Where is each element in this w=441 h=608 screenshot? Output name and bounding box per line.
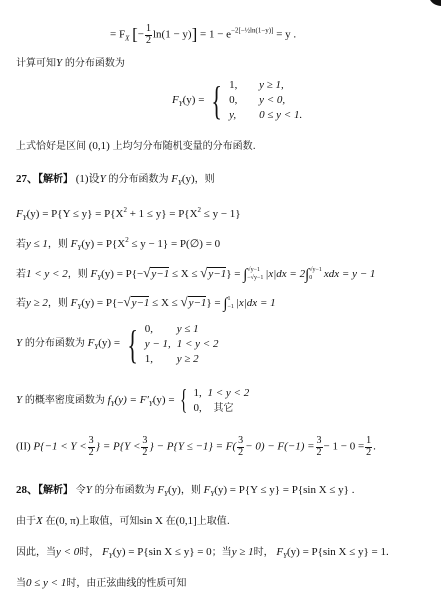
cases: 1,y ≥ 1, 0,y < 0, y,0 ≤ y < 1. — [229, 78, 302, 123]
corner-shadow — [429, 0, 441, 6]
fraction: 12 — [145, 24, 152, 46]
q28-line-2: 由于X 在(0, π)上取值，可知sin X 在(0,1]上取值. — [16, 516, 230, 527]
page: = FX [−12ln(1 − y)] = 1 − e−2[−½ln(1−y)]… — [0, 0, 441, 608]
q27-header: 27、【解析】 (1)设Y 的分布函数为 FY(y)，则 — [16, 174, 215, 187]
q27-main-equation: FY(y) = P{Y ≤ y} = P{X2 + 1 ≤ y} = P{X2 … — [16, 207, 241, 222]
q27-pdf-piecewise: Y 的概率密度函数为 fY(y) = F′Y(y) = { 1,1 < y < … — [16, 386, 249, 416]
cdf-piecewise-1: FY(y) = { 1,y ≥ 1, 0,y < 0, y,0 ≤ y < 1. — [172, 78, 302, 123]
q28-header: 28、【解析】 令Y 的分布函数为 FY(y)，则 FY(y) = P{Y ≤ … — [16, 485, 354, 498]
q28-line-4: 当0 ≤ y < 1时，由正弦曲线的性质可知 — [16, 578, 186, 589]
equation-line-1: = FX [−12ln(1 − y)] = 1 − e−2[−½ln(1−y)]… — [110, 24, 296, 46]
cases: 1,1 < y < 2 0,其它 — [194, 386, 250, 416]
q28-line-3: 因此，当y < 0时， FY(y) = P{sin X ≤ y} = 0；当y … — [16, 547, 389, 560]
q27-cdf-piecewise: Y 的分布函数为 FY(y) = { 0,y ≤ 1 y − 1,1 < y <… — [16, 322, 218, 367]
text-line-uniform: 上式恰好是区间 (0,1) 上均匀分布随机变量的分布函数. — [16, 141, 256, 152]
q27-case-1to2: 若1 < y < 2，则 FY(y) = P{−√y−1 ≤ X ≤ √y−1}… — [16, 266, 375, 283]
q27-part2: (II) P{−1 < Y <32} = P{Y <32} − P{Y ≤ −1… — [16, 436, 376, 458]
q27-case-le1: 若y ≤ 1，则 FY(y) = P{X2 ≤ y − 1} = P(∅) = … — [16, 237, 220, 252]
text-line-cdf-intro: 计算可知Y 的分布函数为 — [16, 58, 125, 69]
q27-case-ge2: 若y ≥ 2，则 FY(y) = P{−√y−1 ≤ X ≤ √y−1} = ∫… — [16, 295, 276, 312]
cases: 0,y ≤ 1 y − 1,1 < y < 2 1,y ≥ 2 — [145, 322, 219, 367]
